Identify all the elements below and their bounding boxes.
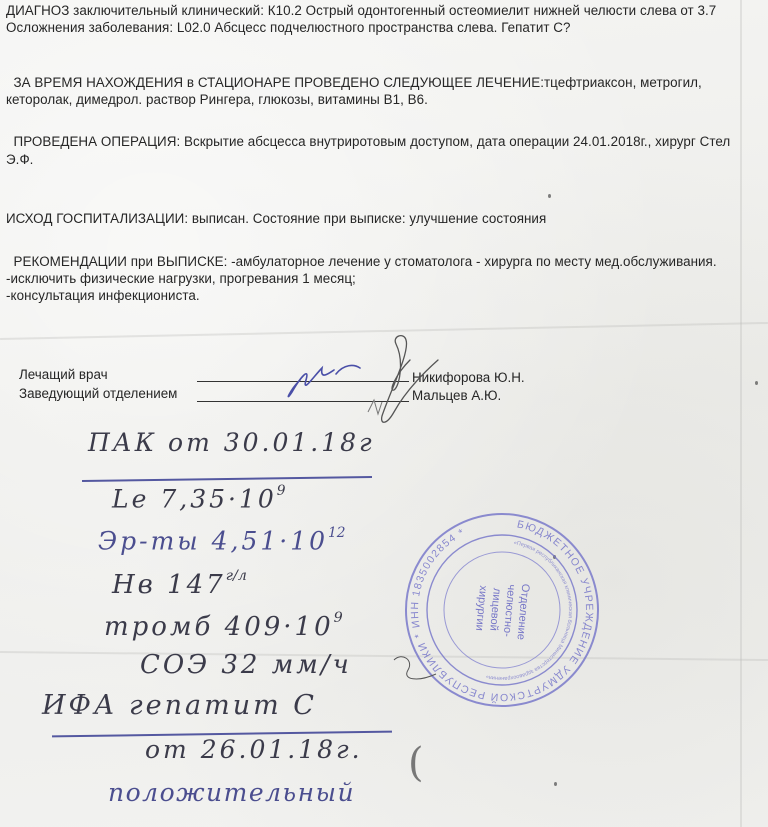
erythrocytes-result: Эр-ты 4,51·1012: [98, 525, 346, 555]
treatment-heading: ЗА ВРЕМЯ НАХОЖДЕНИЯ в СТАЦИОНАРЕ ПРОВЕДЕ…: [6, 75, 702, 91]
stamp-center-line: хирургии: [473, 585, 489, 631]
paper-crease: [740, 0, 742, 827]
ifa-hepatitis-title: ИФА гепатит С: [42, 690, 317, 721]
erythrocytes-exponent: 12: [328, 525, 346, 541]
esr-label: СОЭ: [140, 650, 210, 680]
erythrocytes-value: 4,51·10: [212, 526, 328, 555]
platelets-label: тромб: [104, 612, 213, 642]
leukocytes-result: Le 7,35·109: [112, 483, 286, 513]
signature-scribble: [368, 400, 382, 414]
treatment-list: кеторолак, димедрол. раствор Рингера, гл…: [6, 92, 428, 108]
platelets-value: 409·10: [225, 612, 334, 642]
discharge-recommendations: РЕКОМЕНДАЦИИ при ВЫПИСКЕ: -амбулаторное …: [6, 254, 717, 270]
leukocytes-exponent: 9: [277, 483, 286, 499]
platelets-exponent: 9: [334, 610, 343, 626]
department-head-label: Заведующий отделением: [19, 386, 177, 401]
head-signature: [382, 336, 438, 423]
attending-signature: [288, 366, 360, 397]
recommendation-item: -консультация инфекциониста.: [6, 288, 200, 304]
ifa-result: положительный: [108, 778, 355, 807]
stamp-scribble: [388, 630, 458, 690]
handwritten-bracket: (: [408, 740, 427, 786]
platelets-result: тромб 409·109: [104, 610, 343, 642]
operation-info: ПРОВЕДЕНА ОПЕРАЦИЯ: Вскрытие абсцесса вн…: [6, 134, 730, 150]
lab-test-title: ПАК от 30.01.18г: [88, 428, 375, 457]
stamp-center-line: лицевой: [487, 588, 503, 632]
erythrocytes-label: Эр-ты: [98, 526, 201, 555]
ifa-date: от 26.01.18г.: [145, 735, 363, 764]
leukocytes-label: Le: [112, 484, 149, 513]
paper-speck: [755, 381, 758, 385]
paper-speck: [554, 782, 557, 786]
handwritten-signatures: [270, 330, 470, 440]
diagnosis-complications: Осложнения заболевания: L02.0 Абсцесс по…: [6, 20, 571, 36]
recommendation-item: -исключить физические нагрузки, прогрева…: [6, 271, 356, 287]
diagnosis-final: ДИАГНОЗ заключительный клинический: К10.…: [6, 3, 716, 19]
paper-speck: [548, 194, 551, 198]
operation-surgeon-initials: Э.Ф.: [6, 152, 33, 168]
hospitalization-outcome: ИСХОД ГОСПИТАЛИЗАЦИИ: выписан. Состояние…: [6, 211, 546, 227]
hemoglobin-label: Нв: [112, 570, 156, 600]
hemoglobin-value: 147: [167, 570, 226, 600]
esr-value: 32 мм/ч: [221, 650, 351, 680]
attending-physician-label: Лечащий врач: [19, 367, 108, 382]
hemoglobin-result: Нв 147г/л: [112, 568, 247, 600]
leukocytes-value: 7,35·10: [160, 484, 276, 513]
esr-result: СОЭ 32 мм/ч: [140, 650, 352, 680]
hemoglobin-unit: г/л: [226, 568, 247, 584]
